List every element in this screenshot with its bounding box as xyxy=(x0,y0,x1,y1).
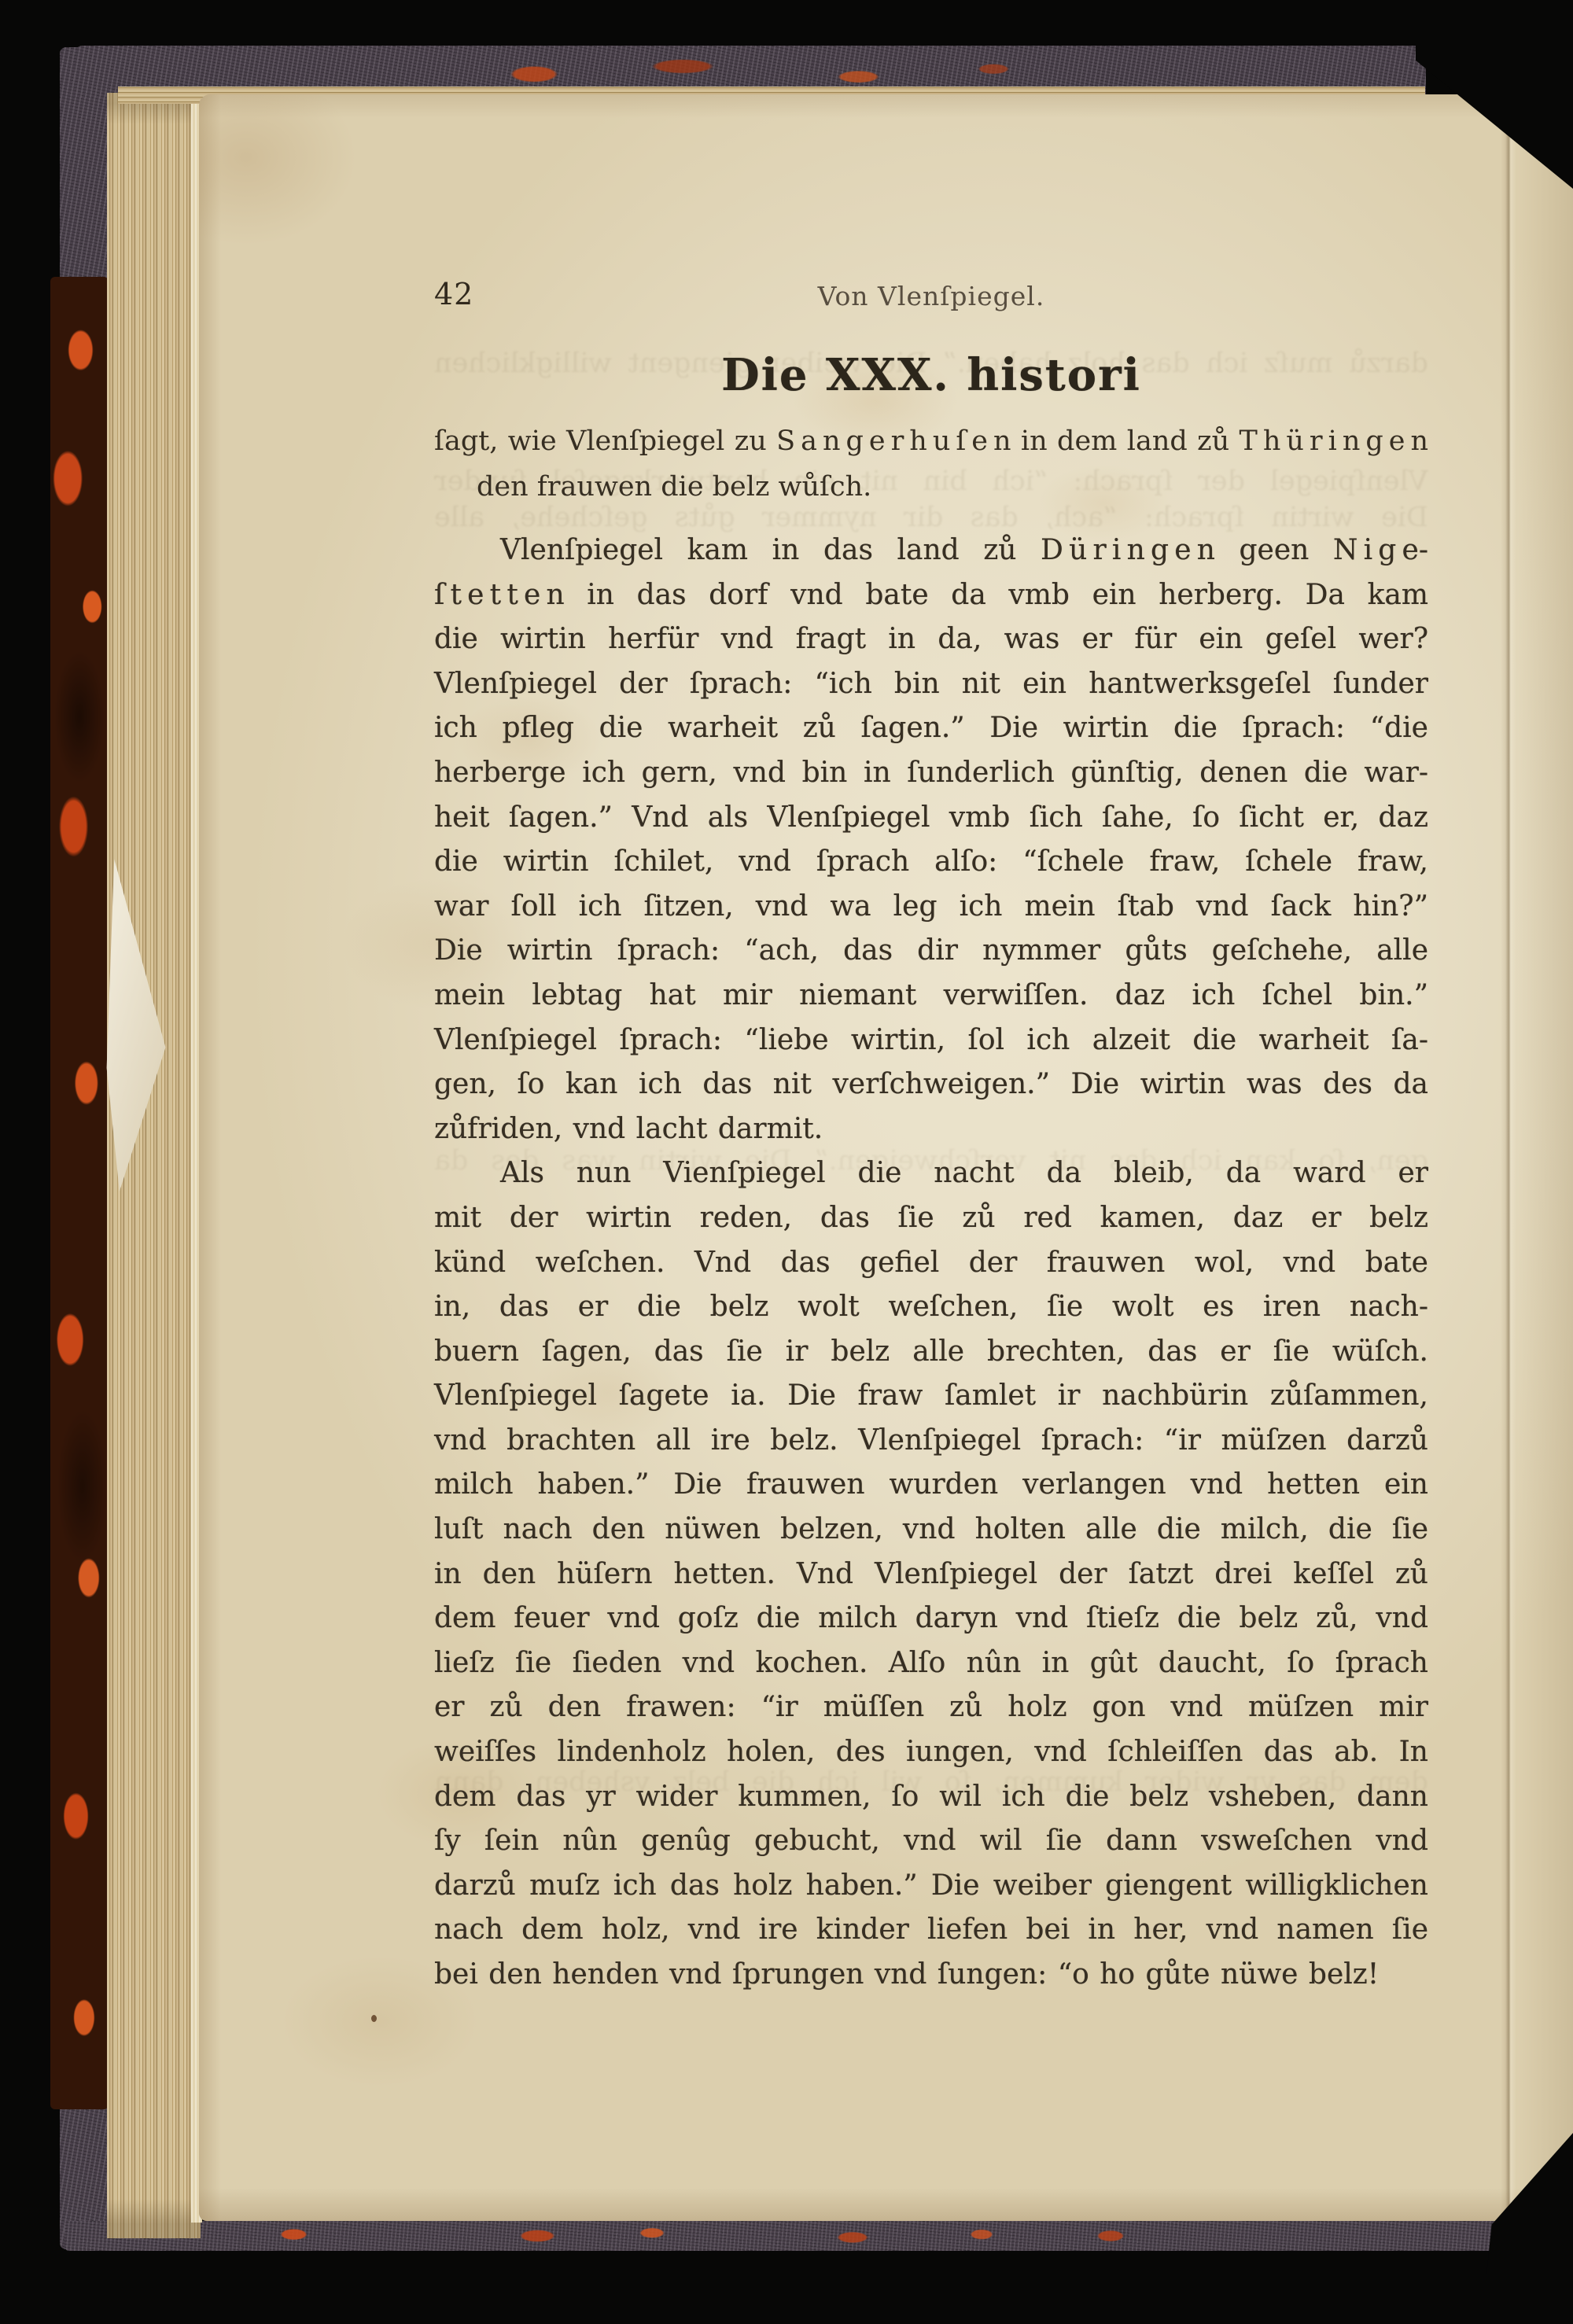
body-line: bei den henden vnd ſprungen vnd ſungen: … xyxy=(434,1953,1428,1998)
body-line: war ſoll ich ſitzen, vnd wa leg ich mein… xyxy=(434,885,1428,930)
body-line: er zů den frawen: “ir müſſen zů holz gon… xyxy=(434,1685,1428,1730)
body-line: ſy ſein nûn genûg gebucht, vnd wil ſie d… xyxy=(434,1819,1428,1864)
ink-speck xyxy=(371,2015,377,2022)
marbled-board-edge xyxy=(50,277,109,2109)
body-line: mit der wirtin reden, das ſie zů red kam… xyxy=(434,1196,1428,1241)
body-line: Als nun Vienſpiegel die nacht da bleib, … xyxy=(434,1151,1428,1196)
body-line: vnd brachten all ire belz. Vlenſpiegel ſ… xyxy=(434,1419,1428,1464)
body-line: Vlenſpiegel kam in das land zů D ü r i n… xyxy=(434,529,1428,573)
body-line: dem das yr wider kummen, ſo wil ich die … xyxy=(434,1775,1428,1820)
book-cover-bottom-edge xyxy=(64,2221,1497,2251)
body-line: herberge ich gern, vnd bin in ſunderlich… xyxy=(434,751,1428,796)
chapter-argument-line-1: ſagt, wie Vlenſpiegel zu S a n g e r h u… xyxy=(434,423,1428,459)
body-line: künd weſchen. Vnd das gefiel der frauwen… xyxy=(434,1241,1428,1286)
body-line: die wirtin herfür vnd fragt in da, was e… xyxy=(434,617,1428,662)
text-block: darzů muſz ich das holz haben.” Die weib… xyxy=(434,260,1428,2061)
body-line: Die wirtin ſprach: “ach, das dir nymmer … xyxy=(434,929,1428,974)
body-line: nach dem holz, vnd ire kinder liefen bei… xyxy=(434,1908,1428,1953)
body-line: luſt nach den nüwen belzen, vnd holten a… xyxy=(434,1508,1428,1552)
body-line: darzů muſz ich das holz haben.” Die weib… xyxy=(434,1864,1428,1909)
body-line: in den hüſern hetten. Vnd Vlenſpiegel de… xyxy=(434,1552,1428,1597)
running-head: Von Vlenſpiegel. xyxy=(434,281,1428,312)
book-photo: darzů muſz ich das holz haben.” Die weib… xyxy=(0,0,1573,2324)
body-line: Vlenſpiegel der ſprach: “ich bin nit ein… xyxy=(434,662,1428,707)
body-line: die wirtin ſchilet, vnd ſprach alſo: “ſc… xyxy=(434,840,1428,885)
gutter-crease xyxy=(1501,69,1516,2218)
body-line: gen, ſo kan ich das nit verſchweigen.” D… xyxy=(434,1063,1428,1107)
body-line: ſ t e t t e n in das dorf vnd bate da vm… xyxy=(434,573,1428,618)
body-line: mein lebtag hat mir niemant verwiſſen. d… xyxy=(434,974,1428,1018)
body-line: heit ſagen.” Vnd als Vlenſpiegel vmb ſic… xyxy=(434,796,1428,841)
body-line: zůfriden, vnd lacht darmit. xyxy=(434,1107,1428,1152)
body-line: buern ſagen, das ſie ir belz alle brecht… xyxy=(434,1330,1428,1375)
body-line: weiſſes lindenholz holen, des iungen, vn… xyxy=(434,1730,1428,1775)
body-line: Vlenſpiegel ſagete ia. Die fraw ſamlet i… xyxy=(434,1374,1428,1419)
body-line: milch haben.” Die frauwen wurden verlang… xyxy=(434,1463,1428,1508)
body-line: in, das er die belz wolt weſchen, ſie wo… xyxy=(434,1285,1428,1330)
body-text: Vlenſpiegel kam in das land zů D ü r i n… xyxy=(434,529,1428,1998)
body-line: lieſz ſie ſieden vnd kochen. Alſo nûn in… xyxy=(434,1641,1428,1686)
body-line: Vlenſpiegel ſprach: “liebe wirtin, ſol i… xyxy=(434,1018,1428,1063)
body-line: dem feuer vnd goſz die milch daryn vnd ſ… xyxy=(434,1597,1428,1641)
chapter-title: Die XXX. histori xyxy=(434,349,1428,401)
chapter-argument-line-2: den frauwen die belz wůſch. xyxy=(477,469,871,505)
body-line: ich pfleg die warheit zů ſagen.” Die wir… xyxy=(434,706,1428,751)
